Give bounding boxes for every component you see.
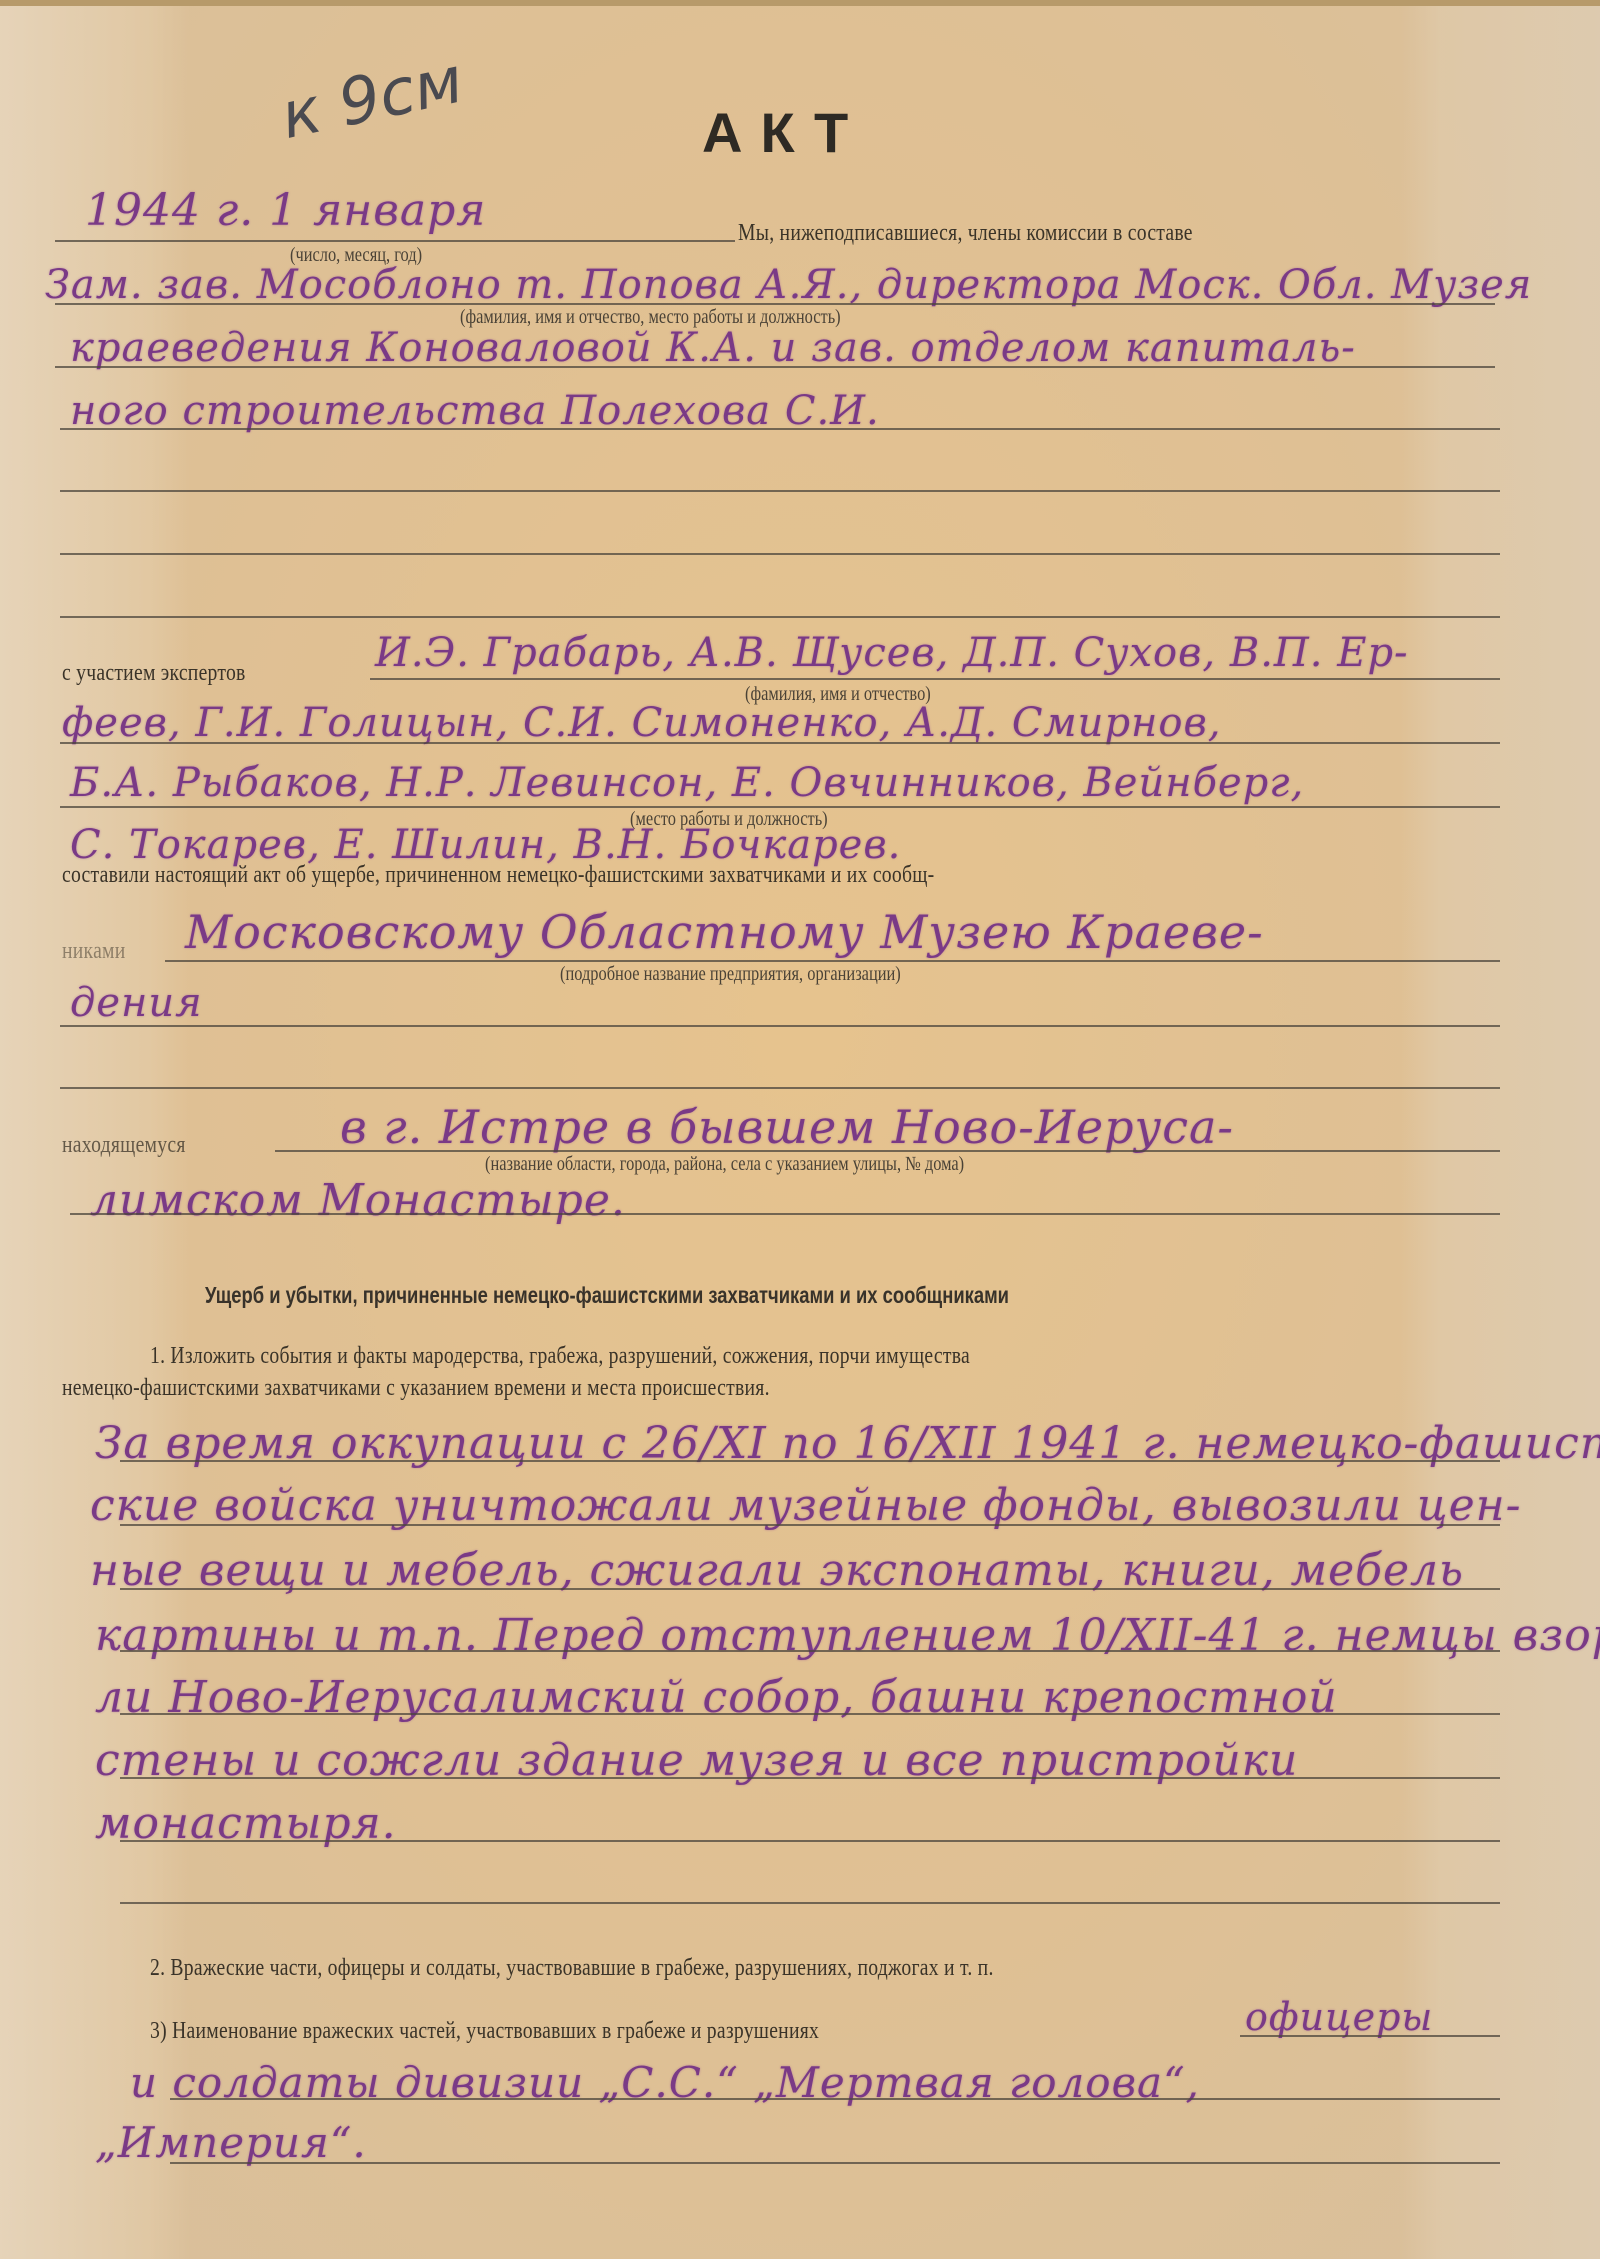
location-caption: (название области, города, района, села …	[485, 1153, 964, 1176]
narrative-rule-5	[120, 1713, 1500, 1715]
organization-rule-1	[165, 960, 1500, 962]
commission-rule-1	[55, 303, 1495, 305]
narrative-line-4: картины и т.п. Перед отступлением 10/XII…	[95, 1610, 1600, 1661]
narrative-rule-2	[120, 1524, 1500, 1526]
instruction-line-2: немецко-фашистскими захватчиками с указа…	[62, 1375, 770, 1402]
commission-rule-2	[55, 366, 1495, 368]
commission-rule-3	[60, 428, 1500, 430]
enemy-item-3-label: 3) Наименование вражеских частей, участв…	[150, 2018, 819, 2045]
location-line-1: в г. Истре в бывшем Ново-Иеруса-	[340, 1100, 1234, 1154]
experts-line-3: Б.А. Рыбаков, Н.Р. Левинсон, Е. Овчинник…	[70, 760, 1304, 806]
top-edge	[0, 0, 1600, 6]
narrative-rule-1	[120, 1460, 1500, 1462]
organization-line-2: дения	[70, 980, 203, 1026]
location-line-2: лимском Монастыре.	[90, 1175, 626, 1226]
location-label: находящемуся	[62, 1132, 186, 1159]
experts-rule-1	[370, 678, 1500, 680]
enemy-rule-1	[1240, 2035, 1500, 2037]
organization-line-1: Московскому Областному Музею Краеве-	[185, 905, 1264, 959]
enemy-rule-2	[170, 2098, 1500, 2100]
enemy-item-3-line-3: „Империя“.	[95, 2118, 367, 2167]
enemy-rule-3	[170, 2162, 1500, 2164]
narrative-rule-4	[120, 1650, 1500, 1652]
narrative-line-5: ли Ново-Иерусалимский собор, башни крепо…	[95, 1672, 1338, 1723]
damage-intro-printed: составили настоящий акт об ущербе, причи…	[62, 862, 934, 889]
damage-intro-prefix: никами	[62, 938, 126, 965]
section-heading: Ущерб и убытки, причиненные немецко-фаши…	[205, 1282, 1009, 1309]
narrative-rule-7	[120, 1840, 1500, 1842]
enemy-item-3-line-1: офицеры	[1245, 1995, 1433, 2039]
handwritten-date: 1944 г. 1 января	[85, 185, 486, 236]
organization-rule-2	[60, 1025, 1500, 1027]
intro-printed: Мы, нижеподписавшиеся, члены комиссии в …	[738, 220, 1193, 247]
blank-rule-2	[60, 553, 1500, 555]
commission-line-1: Зам. зав. Мособлоно т. Попова А.Я., дире…	[45, 262, 1532, 308]
organization-caption: (подробное название предприятия, организ…	[560, 963, 901, 986]
narrative-rule-8	[120, 1902, 1500, 1904]
experts-rule-2	[60, 742, 1500, 744]
narrative-rule-6	[120, 1777, 1500, 1779]
blank-rule-3	[60, 616, 1500, 618]
experts-line-2: феев, Г.И. Голицын, С.И. Симоненко, А.Д.…	[62, 700, 1221, 746]
date-rule	[55, 240, 735, 242]
experts-line-1: И.Э. Грабарь, А.В. Щусев, Д.П. Сухов, В.…	[375, 630, 1409, 676]
blank-rule-4	[60, 1087, 1500, 1089]
narrative-rule-3	[120, 1588, 1500, 1590]
instruction-line-1: 1. Изложить события и факты мародерства,…	[150, 1343, 970, 1370]
document-title: АКТ	[702, 100, 866, 165]
enemy-item-2: 2. Вражеские части, офицеры и солдаты, у…	[150, 1955, 994, 1982]
commission-line-2: краеведения Коноваловой К.А. и зав. отде…	[70, 325, 1356, 371]
experts-label: с участием экспертов	[62, 660, 246, 687]
blank-rule-1	[60, 490, 1500, 492]
location-rule-2	[70, 1213, 1500, 1215]
location-rule-1	[275, 1150, 1500, 1152]
